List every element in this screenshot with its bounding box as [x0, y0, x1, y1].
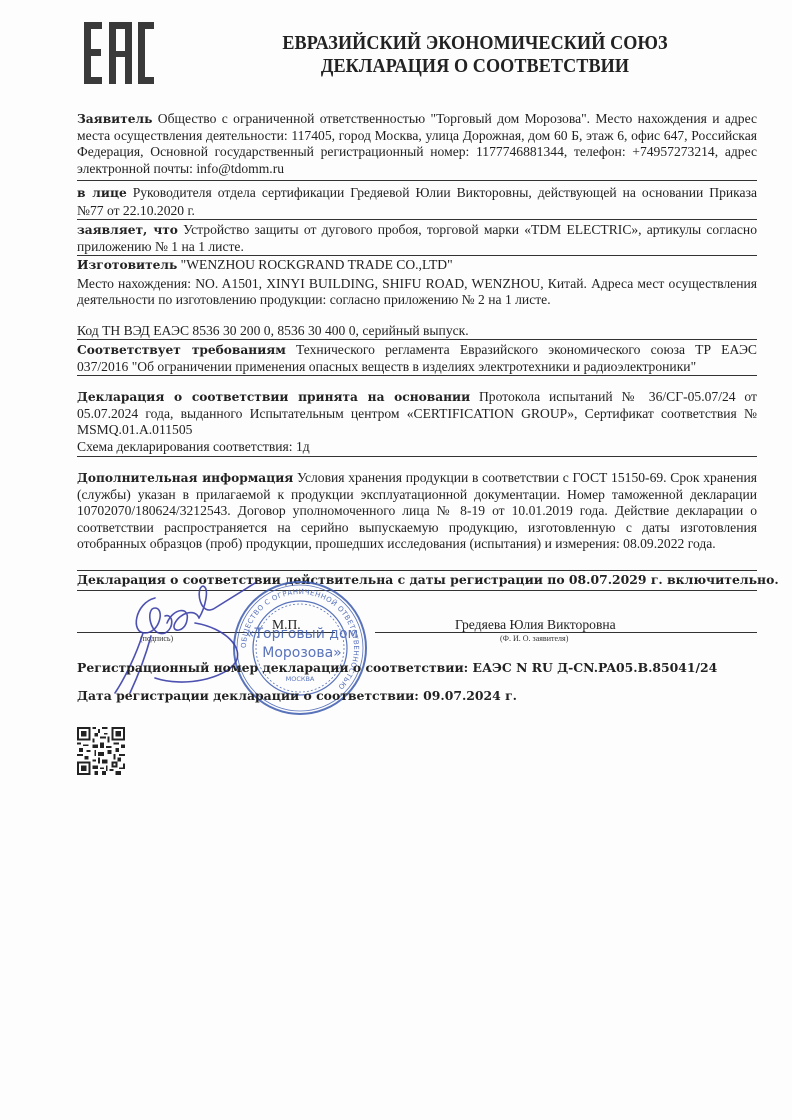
manufacturer-section: Изготовитель "WENZHOU ROCKGRAND TRADE CO… — [77, 257, 757, 309]
declares-section: заявляет, что Устройство защиты от дугов… — [77, 222, 757, 255]
declares-label: заявляет, что — [77, 223, 178, 237]
divider — [77, 255, 757, 256]
tn-ved-code: Код ТН ВЭД ЕАЭС 8536 30 200 0, 8536 30 4… — [77, 323, 757, 340]
tn-ved-code-text: Код ТН ВЭД ЕАЭС 8536 30 200 0, 8536 30 4… — [77, 323, 757, 340]
conforms-label: Соответствует требованиям — [77, 343, 286, 357]
declaration-page: ЕВРАЗИЙСКИЙ ЭКОНОМИЧЕСКИЙ СОЮЗ ДЕКЛАРАЦИ… — [0, 0, 792, 1120]
manufacturer-name: "WENZHOU ROCKGRAND TRADE CO.,LTD" — [181, 257, 453, 272]
stamp-city: МОСКВА — [286, 675, 315, 683]
divider — [77, 375, 757, 376]
additional-info-label: Дополнительная информация — [77, 471, 293, 485]
registration-date: Дата регистрации декларации о соответств… — [77, 688, 517, 703]
represented-by-label: в лице — [77, 186, 127, 200]
declaration-scheme: Схема декларирования соответствия: 1д — [77, 439, 757, 456]
signer-line — [375, 632, 757, 633]
divider — [77, 570, 757, 571]
registration-number: Регистрационный номер декларации о соотв… — [77, 660, 717, 675]
basis-section: Декларация о соответствии принята на осн… — [77, 389, 757, 455]
divider — [77, 180, 757, 181]
manufacturer-address: Место нахождения: NO. A1501, XINYI BUILD… — [77, 276, 757, 309]
signer-caption: (Ф. И. О. заявителя) — [500, 634, 568, 643]
divider — [77, 339, 757, 340]
applicant-label: Заявитель — [77, 112, 152, 126]
document-title: ЕВРАЗИЙСКИЙ ЭКОНОМИЧЕСКИЙ СОЮЗ ДЕКЛАРАЦИ… — [247, 32, 703, 78]
conforms-section: Соответствует требованиям Технического р… — [77, 342, 757, 375]
divider — [77, 219, 757, 220]
signer-name: Гредяева Юлия Викторовна — [455, 617, 616, 633]
applicant-text: Общество с ограниченной ответственностью… — [77, 111, 757, 176]
qr-code-icon[interactable] — [77, 727, 125, 775]
handwritten-signature-icon — [95, 578, 285, 698]
represented-by-section: в лице Руководителя отдела сертификации … — [77, 184, 757, 220]
declares-text: Устройство защиты от дугового пробоя, то… — [77, 222, 757, 254]
title-declaration: ДЕКЛАРАЦИЯ О СООТВЕТСТВИИ — [247, 55, 703, 78]
manufacturer-label: Изготовитель — [77, 258, 177, 272]
title-union: ЕВРАЗИЙСКИЙ ЭКОНОМИЧЕСКИЙ СОЮЗ — [247, 32, 703, 55]
applicant-section: Заявитель Общество с ограниченной ответс… — [77, 111, 757, 177]
represented-by-text: Руководителя отдела сертификации Гредяев… — [77, 185, 757, 218]
eac-logo-icon — [84, 22, 154, 84]
additional-info-section: Дополнительная информация Условия хранен… — [77, 470, 757, 553]
basis-label: Декларация о соответствии принята на осн… — [77, 390, 470, 404]
divider — [77, 456, 757, 457]
